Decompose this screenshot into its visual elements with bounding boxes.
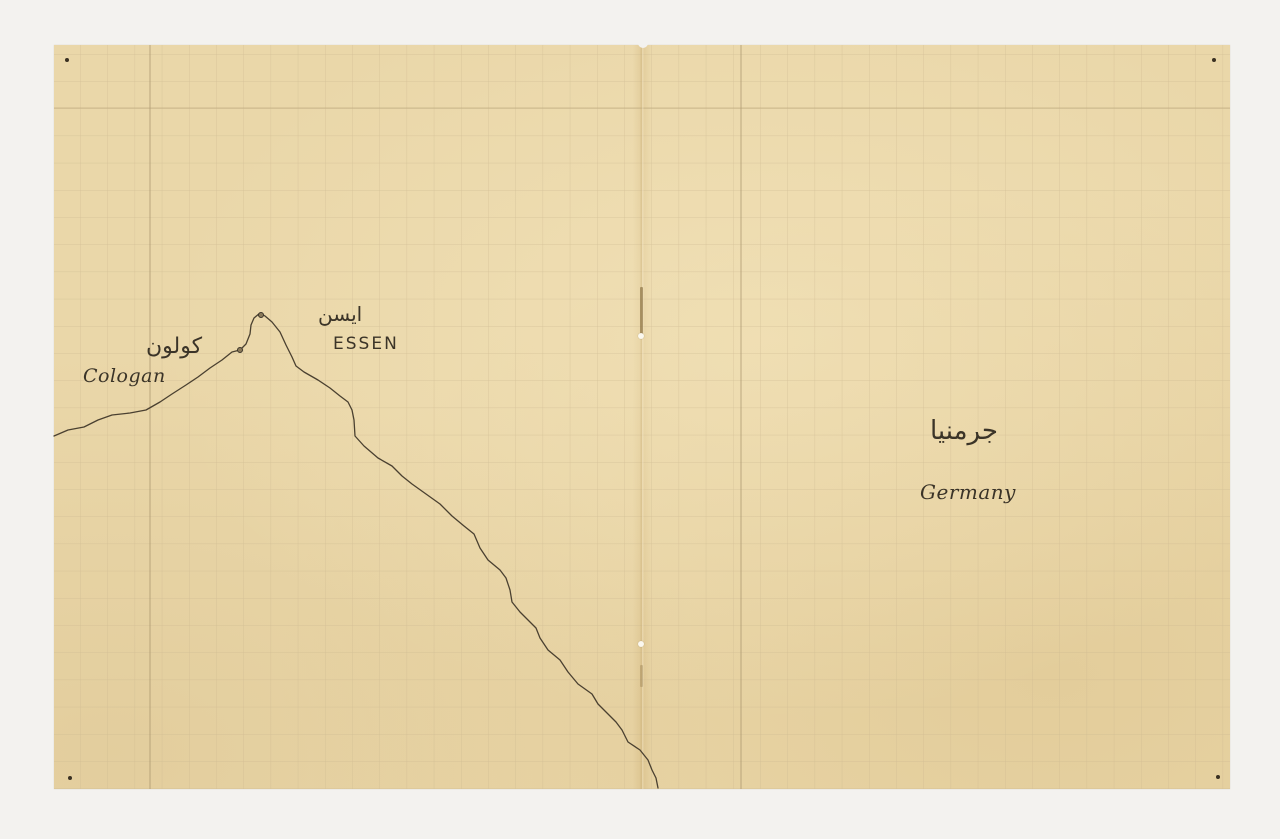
corner-pin-bottom-left bbox=[68, 776, 72, 780]
staple-hole-upper bbox=[638, 333, 644, 339]
staple-upper bbox=[640, 287, 643, 337]
city-marker-essen bbox=[258, 312, 264, 318]
graph-paper-sheet bbox=[54, 45, 1230, 789]
label-cologne-english: Cologan bbox=[83, 367, 166, 386]
staple-lower bbox=[640, 665, 643, 687]
label-germany-arabic: جرمنيا bbox=[930, 418, 998, 444]
staple-hole-lower bbox=[638, 641, 644, 647]
corner-pin-top-right bbox=[1212, 58, 1216, 62]
label-cologne-arabic: كولون bbox=[146, 336, 202, 358]
label-germany-english: Germany bbox=[920, 482, 1016, 502]
corner-pin-bottom-right bbox=[1216, 775, 1220, 779]
city-marker-cologne bbox=[237, 347, 243, 353]
corner-pin-top-left bbox=[65, 58, 69, 62]
label-essen-arabic: ايسن bbox=[318, 304, 362, 324]
label-essen-english: ESSEN bbox=[333, 336, 399, 353]
scan-canvas: كولون Cologan ايسن ESSEN جرمنيا Germany bbox=[0, 0, 1280, 839]
